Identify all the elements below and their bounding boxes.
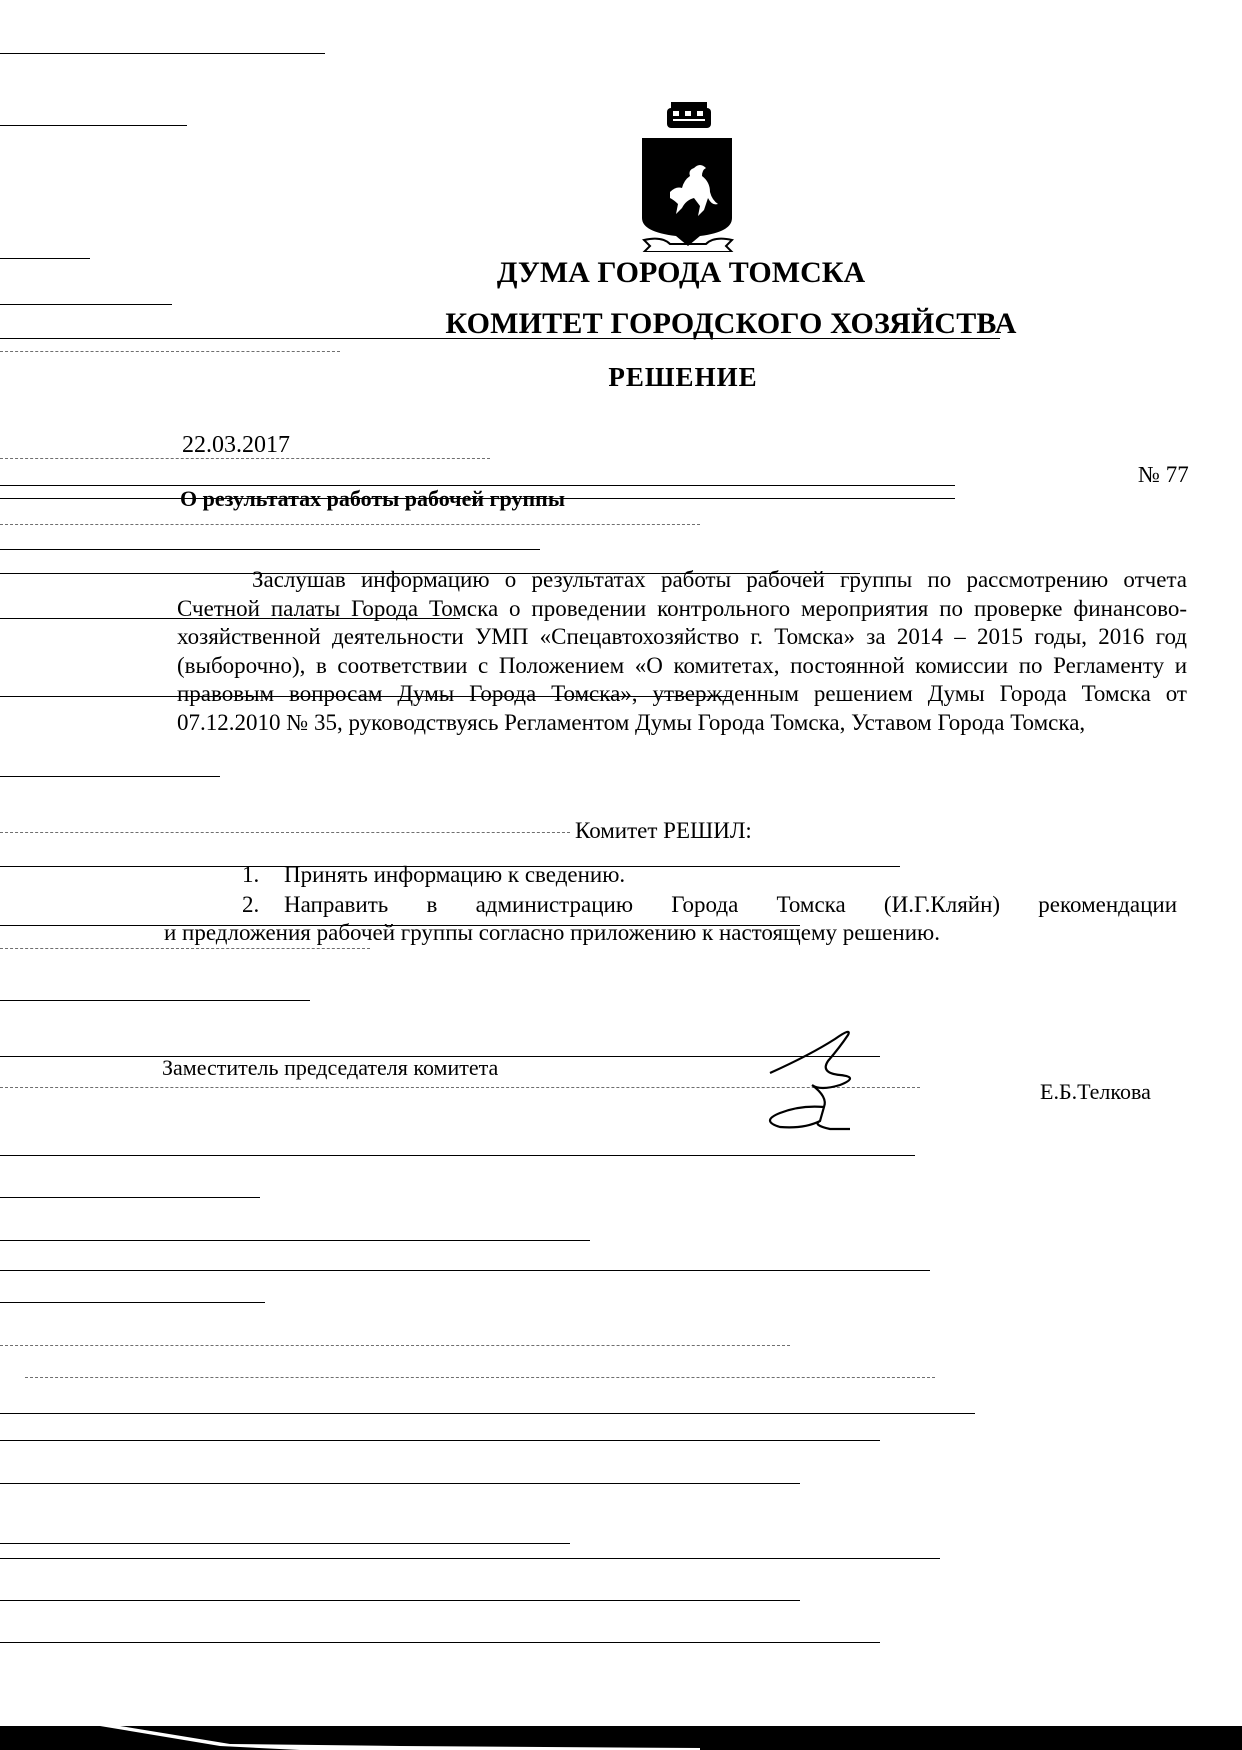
body-paragraph: Заслушав информацию о результатах работы…	[177, 566, 1187, 738]
scan-line	[0, 1642, 880, 1643]
committee-name: КОМИТЕТ ГОРОДСКОГО ХОЗЯЙСТВА	[110, 307, 1242, 341]
scan-line	[0, 1155, 915, 1156]
decision-item-1: 1.Принять информацию к сведению.	[242, 860, 625, 889]
scan-line	[0, 1345, 790, 1347]
document-date: 22.03.2017	[182, 432, 290, 459]
scan-line	[0, 524, 700, 526]
document-number: № 77	[1138, 462, 1189, 488]
signature-icon	[740, 1025, 900, 1135]
scan-line	[0, 125, 187, 126]
scan-line	[0, 351, 340, 353]
scan-line	[0, 1558, 940, 1559]
scan-line	[0, 1413, 975, 1414]
scan-edge-artifact	[100, 1726, 700, 1750]
resolved-heading: Комитет РЕШИЛ:	[575, 818, 752, 844]
scan-line	[0, 53, 325, 54]
scan-line	[0, 1000, 310, 1001]
decision-item-2-continuation: и предложения рабочей группы согласно пр…	[164, 918, 1164, 947]
coat-of-arms-icon	[640, 100, 736, 252]
scan-line	[0, 1240, 590, 1241]
scan-line	[0, 1543, 570, 1544]
scan-line	[0, 1302, 265, 1303]
scan-line	[0, 1600, 800, 1601]
scan-line	[0, 1483, 800, 1484]
scan-line	[0, 549, 540, 550]
organization-name: ДУМА ГОРОДА ТОМСКА	[60, 256, 1242, 290]
scan-line	[0, 1197, 260, 1198]
scan-line	[0, 948, 370, 950]
item-text: Направить в администрацию Города Томска …	[284, 892, 1177, 917]
item-number: 2.	[242, 890, 284, 919]
decision-item-2: 2.Направить в администрацию Города Томск…	[242, 890, 1177, 919]
document-subject: О результатах работы рабочей группы	[180, 487, 570, 510]
signer-role: Заместитель председателя комитета	[162, 1055, 498, 1081]
document-type: РЕШЕНИЕ	[62, 362, 1242, 393]
scan-line	[0, 1440, 880, 1441]
scan-line	[0, 304, 172, 305]
scan-line	[0, 776, 220, 777]
scan-line	[0, 832, 570, 834]
item-number: 1.	[242, 860, 284, 889]
item-text: Принять информацию к сведению.	[284, 862, 625, 887]
signer-name: Е.Б.Телкова	[1040, 1079, 1151, 1105]
scan-line	[25, 1377, 935, 1379]
scan-line	[0, 1270, 930, 1271]
